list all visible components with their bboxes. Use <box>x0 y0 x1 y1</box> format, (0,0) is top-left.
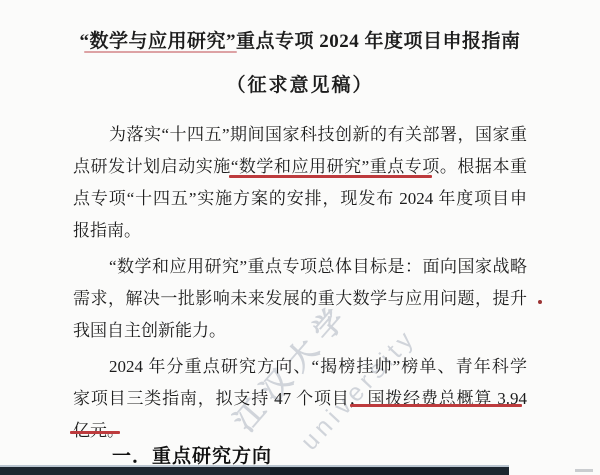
paragraph-line: 家项目三类指南，拟支持 47 个项目，国拨经费总概算 3.94 <box>73 383 527 415</box>
paragraph-line: 点研发计划启动实施“数学和应用研究”重点专项。根据本重 <box>73 151 527 183</box>
red-underline-annotation <box>70 431 120 434</box>
paragraph-line: 报指南。 <box>73 215 527 247</box>
paragraph-line: “数学和应用研究”重点专项总体目标是：面向国家战略 <box>73 251 527 283</box>
paragraph: “数学和应用研究”重点专项总体目标是：面向国家战略 需求，解决一批影响未来发展的… <box>73 251 527 347</box>
page-title: “数学与应用研究”重点专项 2024 年度项目申报指南 <box>0 26 600 53</box>
paragraph-line: 2024 年分重点研究方向、“揭榜挂帅”榜单、青年科学 <box>73 351 527 383</box>
red-underline-annotation <box>350 404 522 407</box>
paragraph-line: 点专项“十四五”实施方案的安排，现发布 2024 年度项目申 <box>73 183 527 215</box>
paragraph: 为落实“十四五”期间国家科技创新的有关部署，国家重 点研发计划启动实施“数学和应… <box>73 119 527 247</box>
page-subtitle: （征求意见稿） <box>0 70 600 97</box>
red-dot-annotation <box>538 300 542 304</box>
section-heading: 一．重点研究方向 <box>112 441 272 468</box>
document-page: 江汉大学 university “数学与应用研究”重点专项 2024 年度项目申… <box>0 0 600 475</box>
page-bottom-smudge <box>575 469 593 472</box>
red-underline-title-annotation <box>84 51 237 53</box>
paragraph-line: 我国自主创新能力。 <box>73 315 527 347</box>
page-bottom-bar-shade <box>270 468 450 475</box>
document-body: 为落实“十四五”期间国家科技创新的有关部署，国家重 点研发计划启动实施“数学和应… <box>73 119 527 447</box>
red-underline-annotation <box>229 175 432 178</box>
paragraph-line: 需求，解决一批影响未来发展的重大数学与应用问题，提升 <box>73 283 527 315</box>
paragraph: 2024 年分重点研究方向、“揭榜挂帅”榜单、青年科学 家项目三类指南，拟支持 … <box>73 351 527 447</box>
paragraph-line: 为落实“十四五”期间国家科技创新的有关部署，国家重 <box>73 119 527 151</box>
